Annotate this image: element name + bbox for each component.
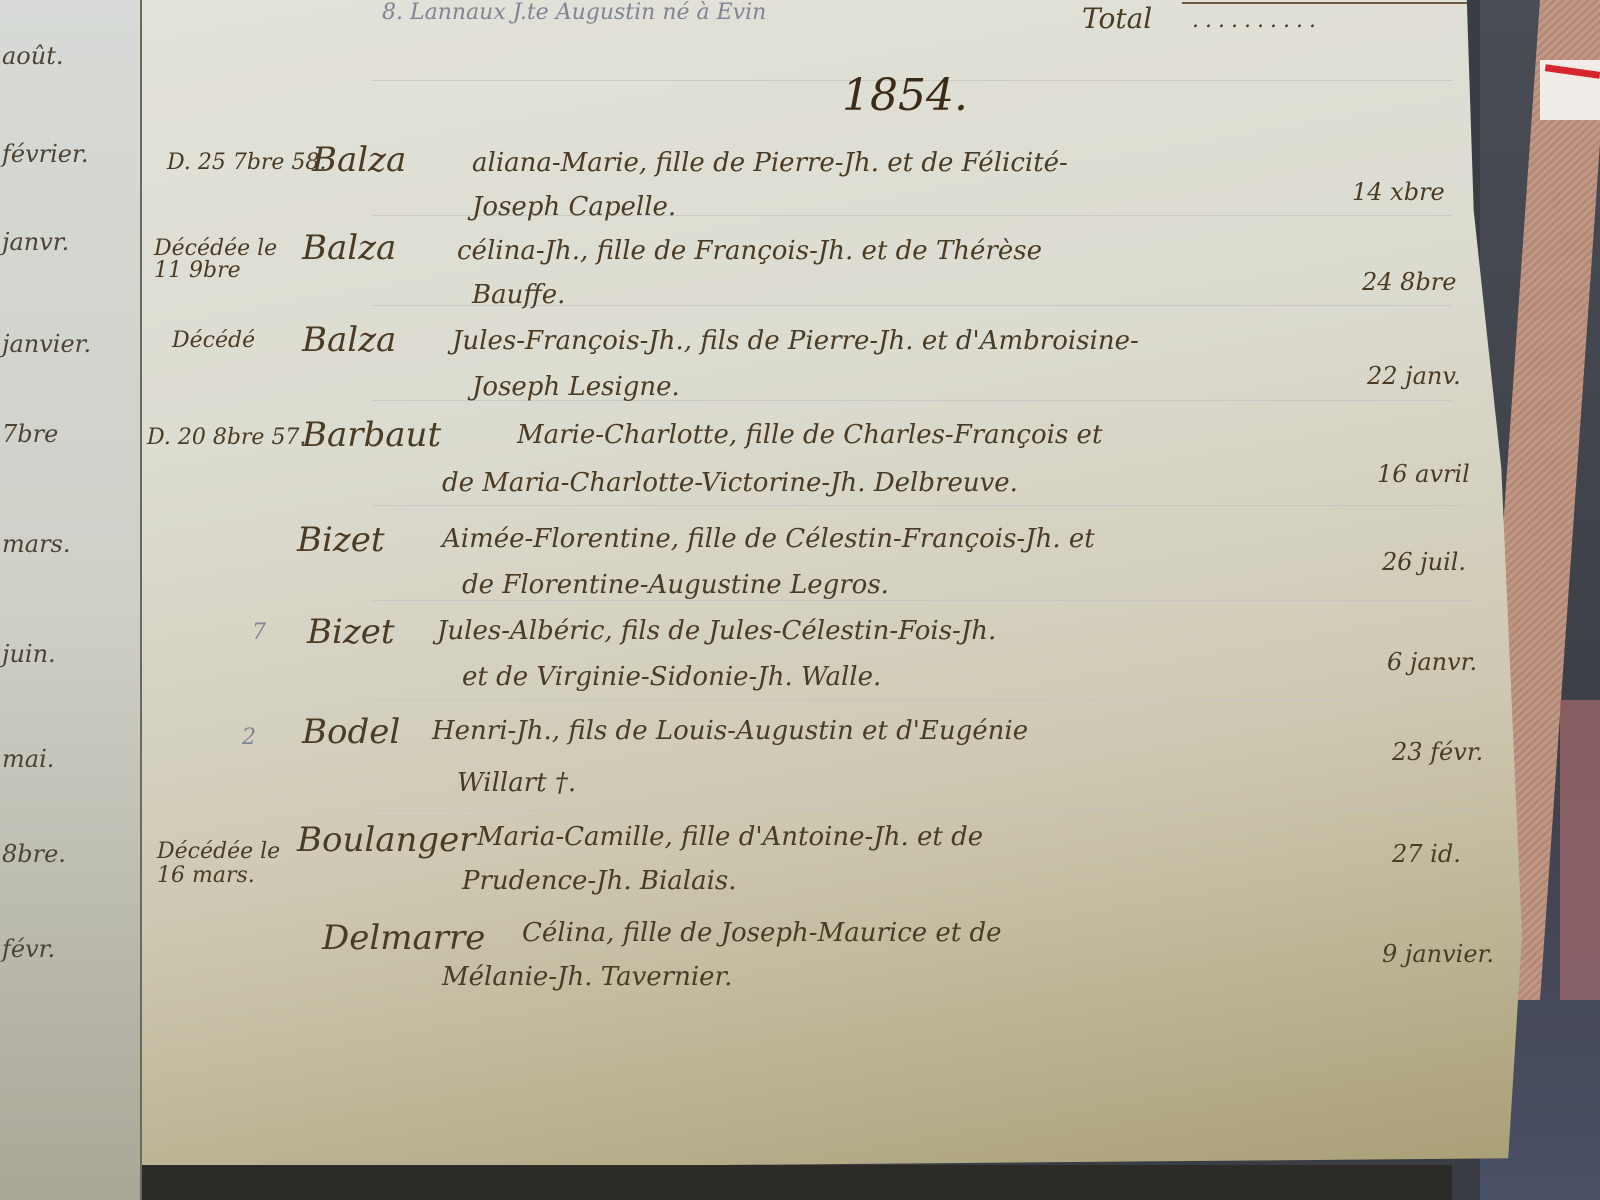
entry-margin-note: Décédé: [172, 328, 255, 353]
entry-margin-note: Décédée le 16 mars.: [157, 840, 287, 888]
entry-surname: Barbaut: [302, 415, 441, 455]
fabric-lower: [1560, 700, 1600, 1000]
entry-line-1: Jules-François-Jh., fils de Pierre-Jh. e…: [452, 326, 1139, 356]
entry-line-2: de Florentine-Augustine Legros.: [462, 570, 889, 600]
entry-line-1: aliana-Marie, fille de Pierre-Jh. et de …: [472, 148, 1068, 178]
register-page: 8. Lannaux J.te Augustin né à Evin Total…: [142, 0, 1522, 1170]
left-margin-date: janvier.: [2, 330, 91, 358]
entry-line-1: Jules-Albéric, fils de Jules-Célestin-Fo…: [437, 616, 996, 646]
entry-date: 9 janvier.: [1382, 940, 1494, 968]
entry-surname: Boulanger: [297, 820, 476, 860]
entry-line-1: Célina, fille de Joseph-Maurice et de: [522, 918, 1002, 948]
entry-line-1: Maria-Camille, fille d'Antoine-Jh. et de: [477, 822, 983, 852]
ruled-line: [372, 600, 1472, 601]
ruled-line: [372, 700, 1472, 701]
total-label: Total: [1082, 2, 1152, 35]
entry-surname: Bodel: [302, 712, 400, 752]
entry-date: 14 xbre: [1352, 178, 1445, 206]
left-margin-date: 8bre.: [2, 840, 66, 868]
entry-surname: Bizet: [307, 612, 395, 652]
entry-margin-note: D. 25 7bre 58.: [167, 150, 326, 175]
entry-date: 23 févr.: [1392, 738, 1483, 766]
entry-date: 26 juil.: [1382, 548, 1466, 576]
ruled-line: [372, 810, 1482, 811]
left-margin-date: mars.: [2, 530, 70, 558]
left-margin-date: 7bre: [2, 420, 58, 448]
top-pencil-note: 8. Lannaux J.te Augustin né à Evin: [382, 0, 766, 25]
entry-line-2: Joseph Lesigne.: [472, 372, 680, 402]
left-margin-date: janvr.: [2, 228, 69, 256]
entry-line-2: Bauffe.: [472, 280, 565, 310]
entry-line-2: Prudence-Jh. Bialais.: [462, 866, 737, 896]
entry-line-2: et de Virginie-Sidonie-Jh. Walle.: [462, 662, 881, 692]
entry-line-1: Marie-Charlotte, fille de Charles-Franço…: [517, 420, 1102, 450]
entry-line-1: célina-Jh., fille de François-Jh. et de …: [457, 236, 1042, 266]
entry-margin-note: D. 20 8bre 57.: [147, 425, 306, 450]
entry-margin-note: 7: [252, 620, 266, 645]
entry-line-2: de Maria-Charlotte-Victorine-Jh. Delbreu…: [442, 468, 1018, 498]
entry-line-2: Mélanie-Jh. Tavernier.: [442, 962, 732, 992]
year-heading: 1854.: [842, 70, 968, 121]
entry-surname: Bizet: [297, 520, 385, 560]
left-margin-date: août.: [2, 42, 64, 70]
entry-line-2: Joseph Capelle.: [472, 192, 676, 222]
entry-surname: Balza: [302, 320, 396, 360]
entry-line-1: Henri-Jh., fils de Louis-Augustin et d'E…: [432, 716, 1028, 746]
left-margin-date: juin.: [2, 640, 56, 668]
entry-margin-note: Décédée le 11 9bre: [154, 238, 284, 282]
entry-date: 27 id.: [1392, 840, 1461, 868]
entry-line-2: Willart †.: [457, 768, 576, 798]
entry-date: 6 janvr.: [1387, 648, 1477, 676]
entry-surname: Balza: [302, 228, 396, 268]
entry-margin-note: 2: [242, 725, 256, 750]
entry-date: 16 avril: [1377, 460, 1470, 488]
left-facing-page: août. février. janvr. janvier. 7bre mars…: [0, 0, 142, 1200]
page-bottom-edge-shadow: [142, 1165, 1452, 1200]
entry-line-1: Aimée-Florentine, fille de Célestin-Fran…: [442, 524, 1095, 554]
entry-date: 24 8bre: [1362, 268, 1456, 296]
entry-surname: Balza: [312, 140, 406, 180]
entry-date: 22 janv.: [1367, 362, 1461, 390]
left-margin-date: févr.: [2, 935, 55, 963]
left-margin-date: mai.: [2, 745, 54, 773]
total-leader-dots: ..........: [1192, 8, 1322, 33]
entry-surname: Delmarre: [322, 918, 485, 958]
ruled-line: [372, 505, 1462, 506]
left-margin-date: février.: [2, 140, 88, 168]
